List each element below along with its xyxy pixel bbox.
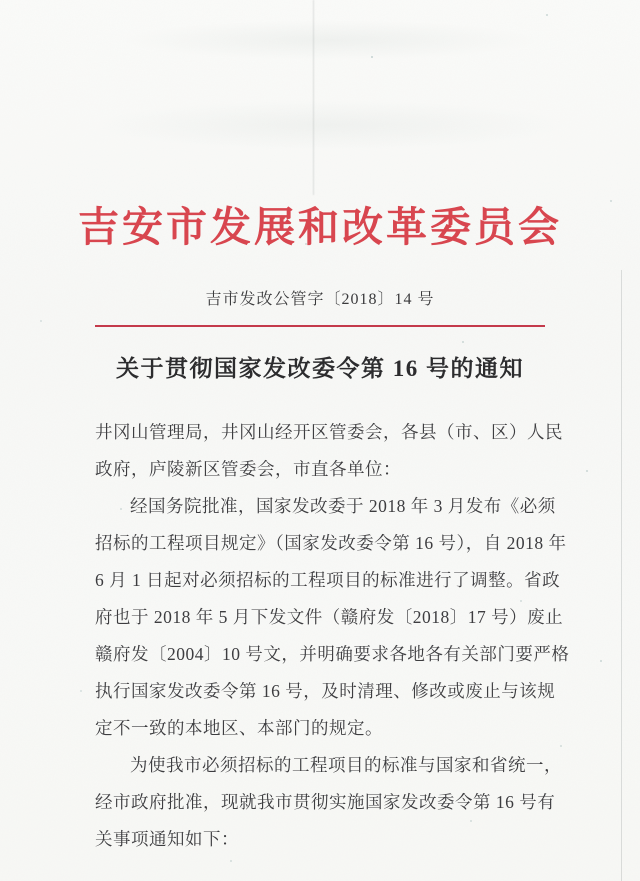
body-line: 经国务院批准，国家发改委于 2018 年 3 月发布《必须 — [95, 488, 545, 525]
body-line: 关事项通知如下： — [95, 821, 545, 858]
body-line: 执行国家发改委令第 16 号，及时清理、修改或废止与该规 — [95, 673, 545, 710]
letterhead-divider-line — [95, 325, 545, 327]
body-line: 府也于 2018 年 5 月下发文件（赣府发〔2018〕17 号）废止 — [95, 599, 545, 636]
body-line: 井冈山管理局，井冈山经开区管委会，各县（市、区）人民 — [95, 414, 545, 451]
body-line: 定不一致的本地区、本部门的规定。 — [95, 710, 545, 747]
doc-reference-number: 吉市发改公管字〔2018〕14 号 — [0, 286, 640, 309]
body-line: 为使我市必须招标的工程项目的标准与国家和省统一， — [95, 747, 545, 784]
body-line: 招标的工程项目规定》（国家发改委令第 16 号），自 2018 年 — [95, 525, 545, 562]
body-line: 赣府发〔2004〕10 号文，并明确要求各地各有关部门要严格 — [95, 636, 545, 673]
document-body: 井冈山管理局，井冈山经开区管委会，各县（市、区）人民政府，庐陵新区管委会，市直各… — [95, 414, 545, 858]
body-line: 经市政府批准，现就我市贯彻实施国家发改委令第 16 号有 — [95, 784, 545, 821]
scanned-document-page: 吉安市发展和改革委员会 吉市发改公管字〔2018〕14 号 关于贯彻国家发改委令… — [0, 0, 640, 881]
body-line: 政府，庐陵新区管委会，市直各单位： — [95, 451, 545, 488]
letterhead-org-name: 吉安市发展和改革委员会 — [0, 194, 640, 253]
document-title: 关于贯彻国家发改委令第 16 号的通知 — [0, 350, 640, 383]
scan-speckles — [0, 0, 2, 2]
scan-streak-vertical-top — [313, 0, 314, 195]
body-line: 6 月 1 日起对必须招标的工程项目的标准进行了调整。省政 — [95, 562, 545, 599]
